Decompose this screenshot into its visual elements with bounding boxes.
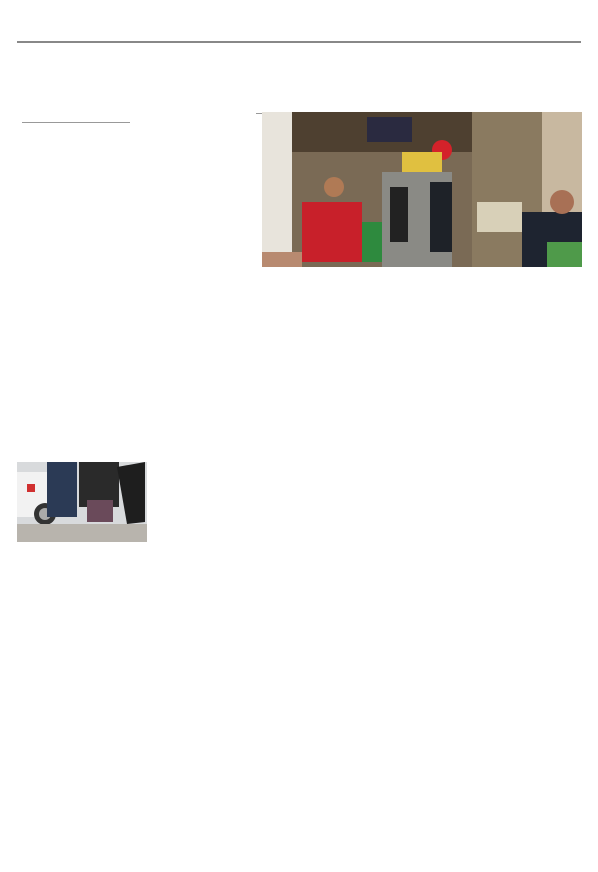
rollator-photo-illustration [17, 462, 147, 542]
header-rule [17, 41, 581, 43]
spd-col-2 [139, 86, 247, 458]
bazaar-photo-illustration [262, 112, 582, 267]
spd-photo [17, 462, 147, 542]
iran-photo [262, 112, 582, 267]
spd-col-1 [22, 192, 130, 457]
spd-byline [22, 120, 130, 123]
